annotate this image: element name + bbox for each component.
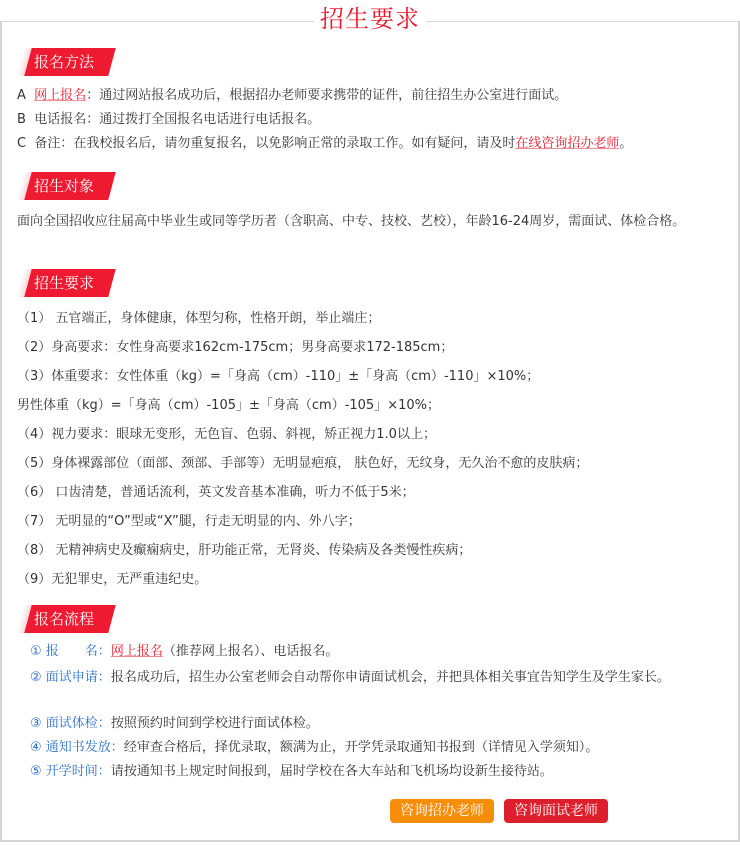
method-item-a: A 网上报名：通过网站报名成功后，根据招办老师要求携带的证件，前往招生办公室进行…: [17, 86, 567, 106]
step-number: ④: [30, 740, 42, 755]
requirement-item: （9）无犯罪史，无严重违纪史。: [17, 570, 207, 590]
step-label: 面试体检：: [46, 716, 111, 731]
item-suffix: 。: [619, 136, 632, 151]
section-heading-requirements: 招生要求: [20, 269, 114, 297]
item-text: 电话报名：通过拨打全国报名电话进行电话报名。: [34, 112, 320, 127]
step-label: 开学时间：: [46, 764, 111, 779]
requirement-item: 男性体重（kg）=「身高（cm）-105」±「身高（cm）-105」×10%；: [17, 396, 440, 416]
process-step-5: ⑤ 开学时间：请按通知书上规定时间报到，届时学校在各大车站和飞机场均设新生接待站…: [30, 762, 553, 782]
item-prefix: A: [17, 88, 26, 103]
requirement-item: （8） 无精神病史及癫痫病史，肝功能正常，无肾炎、传染病及各类慢性疾病；: [17, 541, 471, 561]
section-heading-label: 报名流程: [34, 605, 94, 633]
item-text: 备注：在我校报名后，请勿重复报名，以免影响正常的录取工作。如有疑问，请及时: [34, 136, 515, 151]
online-consult-link[interactable]: 在线咨询招办老师: [515, 136, 619, 151]
step-label: 通知书发放：: [46, 740, 124, 755]
method-item-c: C 备注：在我校报名后，请勿重复报名，以免影响正常的录取工作。如有疑问，请及时在…: [17, 134, 632, 154]
step-number: ③: [30, 716, 42, 731]
step-number: ②: [30, 670, 42, 685]
target-description: 面向全国招收应往届高中毕业生或同等学历者（含职高、中专、技校、艺校），年龄16-…: [17, 210, 722, 234]
step-text: （推荐网上报名）、电话报名。: [163, 644, 339, 659]
item-prefix: C: [17, 136, 26, 151]
consult-admissions-button[interactable]: 咨询招办老师: [390, 799, 494, 823]
section-heading-label: 报名方法: [34, 48, 94, 76]
requirement-item: （1） 五官端正，身体健康，体型匀称，性格开朗，举止端庄；: [17, 309, 380, 329]
step-text: 请按通知书上规定时间报到，届时学校在各大车站和飞机场均设新生接待站。: [111, 764, 553, 779]
page-title: 招生要求: [314, 4, 426, 34]
item-text: ：通过网站报名成功后，根据招办老师要求携带的证件，前往招生办公室进行面试。: [86, 88, 567, 103]
process-step-2: ② 面试申请：报名成功后，招生办公室老师会自动帮你申请面试机会，并把具体相关事宜…: [30, 666, 670, 690]
section-heading-method: 报名方法: [20, 48, 114, 76]
requirement-item: （7） 无明显的“O”型或“X”腿，行走无明显的内、外八字；: [17, 512, 361, 532]
step-label: 面试申请：: [46, 670, 111, 685]
step-text: 经审查合格后，择优录取，额满为止，开学凭录取通知书报到（详情见入学须知）。: [124, 740, 599, 755]
step-number: ①: [30, 644, 42, 659]
step-text: 报名成功后，招生办公室老师会自动帮你申请面试机会，并把具体相关事宜告知学生及学生…: [111, 670, 670, 685]
step-text: 按照预约时间到学校进行面试体检。: [111, 716, 319, 731]
section-heading-label: 招生对象: [34, 172, 94, 200]
process-step-4: ④ 通知书发放：经审查合格后，择优录取，额满为止，开学凭录取通知书报到（详情见入…: [30, 738, 598, 758]
section-heading-label: 招生要求: [34, 269, 94, 297]
requirement-item: （4）视力要求：眼球无变形，无色盲、色弱、斜视，矫正视力1.0以上；: [17, 425, 436, 445]
item-prefix: B: [17, 112, 26, 127]
process-step-3: ③ 面试体检：按照预约时间到学校进行面试体检。: [30, 714, 319, 734]
requirement-item: （3）体重要求：女性体重（kg）=「身高（cm）-110」±「身高（cm）-11…: [17, 367, 539, 387]
consult-interview-button[interactable]: 咨询面试老师: [504, 799, 608, 823]
online-register-link[interactable]: 网上报名: [34, 88, 86, 103]
process-step-1: ① 报 名：网上报名（推荐网上报名）、电话报名。: [30, 642, 338, 662]
online-register-link[interactable]: 网上报名: [111, 644, 163, 659]
section-heading-process: 报名流程: [20, 605, 114, 633]
requirement-item: （6） 口齿清楚，普通话流利，英文发音基本准确，听力不低于5米；: [17, 483, 415, 503]
step-number: ⑤: [30, 764, 42, 779]
section-heading-target: 招生对象: [20, 172, 114, 200]
step-label: 报 名：: [46, 644, 111, 659]
method-item-b: B 电话报名：通过拨打全国报名电话进行电话报名。: [17, 110, 320, 130]
requirement-item: （5）身体裸露部位（面部、颈部、手部等）无明显疤痕， 肤色好，无纹身，无久治不愈…: [17, 454, 588, 474]
requirement-item: （2）身高要求：女性身高要求162cm-175cm；男身高要求172-185cm…: [17, 338, 453, 358]
